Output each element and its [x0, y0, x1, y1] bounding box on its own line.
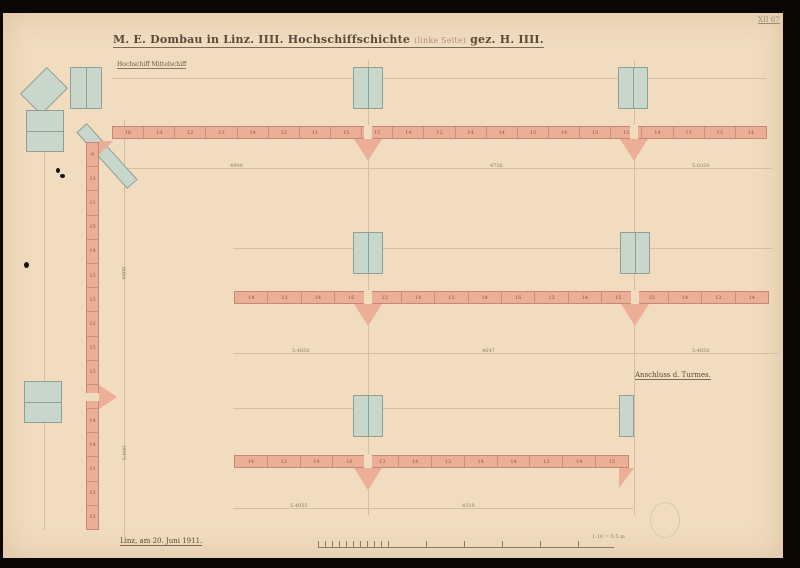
stone-cell: 14: [736, 127, 766, 138]
stone-cell: 13: [87, 482, 98, 506]
stone-cell: 13: [435, 292, 468, 303]
axis-line: [233, 248, 773, 249]
stone-cell: 15: [331, 127, 362, 138]
drawing-subtitle: Hochschiff Mittelschiff: [117, 61, 186, 69]
axis-line: [112, 78, 767, 79]
stone-cell: 14: [669, 292, 702, 303]
stone-cell: 14: [144, 127, 175, 138]
archive-reference: XII 67: [758, 16, 780, 24]
pier-block: [353, 67, 383, 109]
pier-block: [353, 232, 383, 274]
corner-stone: [99, 141, 113, 155]
stone-cell: 14: [87, 240, 98, 264]
title-side: (linke Seite): [414, 36, 466, 45]
stone-cell: 11: [674, 127, 705, 138]
stone-cell: 14: [498, 456, 531, 467]
stone-cell: 14: [569, 292, 602, 303]
stone-cell: 14: [642, 127, 673, 138]
stone-cell: 13: [268, 292, 301, 303]
scale-label: 1:10 = 0.5 m: [592, 534, 625, 540]
stone-cell: 11: [87, 457, 98, 481]
stone-cell: 14: [235, 292, 268, 303]
stone-cell: 15: [87, 216, 98, 240]
buttress-point: [354, 468, 382, 490]
dimension-line-top: [112, 168, 772, 169]
stone-cell: 12: [269, 127, 300, 138]
pier-block: [26, 110, 64, 152]
stone-course-middle: 14 13 14 16 13 14 13 14 16 13 14 15 15 1…: [234, 291, 769, 304]
axis-line: [233, 408, 633, 409]
pier-block: [620, 232, 650, 274]
stone-cell: 14: [393, 127, 424, 138]
buttress-point: [621, 304, 649, 326]
stone-cell: 16: [113, 127, 144, 138]
pier-block: [619, 395, 634, 437]
pier-block: [70, 67, 102, 109]
buttress-end: [619, 468, 634, 488]
stone-cell: 14: [87, 409, 98, 433]
stone-cell: 13: [87, 361, 98, 385]
stone-cell: 14: [238, 127, 269, 138]
band-gap: [364, 290, 372, 304]
dimension-label: 4647: [482, 348, 495, 354]
stone-cell: 13: [87, 288, 98, 312]
dimension-label: 5:4055: [290, 503, 308, 509]
ink-spot: [56, 168, 60, 173]
dimension-label: 6800: [121, 267, 127, 280]
dimension-label: 4756: [490, 163, 503, 169]
stone-cell: 14: [456, 127, 487, 138]
stone-cell: 13: [702, 292, 735, 303]
stone-cell: 14: [402, 292, 435, 303]
drawing-title: M. E. Dombau in Linz. IIII. Hochschiffsc…: [113, 33, 544, 48]
stone-cell: 12: [175, 127, 206, 138]
ink-spot: [24, 262, 29, 268]
stone-cell: 14: [87, 433, 98, 457]
dimension-label: 5:4850: [292, 348, 310, 354]
stone-cell: 14: [399, 456, 432, 467]
stone-cell: 11: [300, 127, 331, 138]
stone-cell: 12: [87, 312, 98, 336]
stone-cell: 11: [87, 191, 98, 215]
stone-cell: 14: [563, 456, 596, 467]
buttress-point: [99, 385, 117, 409]
stone-cell: 13: [432, 456, 465, 467]
stone-cell: 16: [333, 456, 366, 467]
dimension-label: 5:4050: [692, 348, 710, 354]
stone-cell: 14: [301, 456, 334, 467]
axis-line: [44, 120, 45, 530]
band-gap: [364, 454, 372, 468]
stone-cell: 14: [235, 456, 268, 467]
dimension-label: 4519: [462, 503, 475, 509]
stone-cell: 15: [596, 456, 628, 467]
stone-cell: 13: [87, 506, 98, 529]
stone-cell: 13: [87, 264, 98, 288]
pier-block: [353, 395, 383, 437]
stone-cell: 16: [502, 292, 535, 303]
stone-cell: 13: [705, 127, 736, 138]
band-gap: [630, 125, 638, 139]
scale-bar: [318, 541, 614, 548]
band-gap: [631, 290, 639, 304]
stone-cell: 15: [87, 337, 98, 361]
stone-cell: 14: [549, 127, 580, 138]
stone-cell: 14: [465, 456, 498, 467]
title-main: M. E. Dombau in Linz. IIII. Hochschiffsc…: [113, 33, 410, 46]
band-gap: [85, 393, 100, 401]
pier-block: [618, 67, 648, 109]
stone-cell: 14: [302, 292, 335, 303]
stone-cell: 9: [87, 143, 98, 167]
tower-connection-note: Anschluss d. Turmes.: [635, 371, 711, 380]
drawing-sheet: [3, 13, 783, 558]
date-signature: Linz, am 20. Juni 1911.: [120, 537, 202, 546]
stone-course-bottom: 14 13 14 16 13 14 13 14 14 13 14 15: [234, 455, 629, 468]
stone-cell: 14: [487, 127, 518, 138]
stone-cell: 13: [530, 456, 563, 467]
stone-cell: 14: [469, 292, 502, 303]
stone-cell: 13: [206, 127, 237, 138]
stone-cell: 14: [736, 292, 768, 303]
dimension-label: 5:0350: [692, 163, 710, 169]
band-gap: [364, 125, 372, 139]
dimension-label: 4900: [230, 163, 243, 169]
stone-cell: 13: [87, 167, 98, 191]
pier-block: [24, 381, 62, 423]
stone-cell: 13: [535, 292, 568, 303]
stone-cell: 15: [636, 292, 669, 303]
title-tail: gez. H. IIII.: [470, 33, 544, 46]
stone-cell: 15: [580, 127, 611, 138]
ink-spot: [60, 174, 65, 178]
buttress-point: [620, 139, 648, 161]
stone-cell: 13: [369, 292, 402, 303]
archive-stamp: [650, 502, 680, 538]
stone-course-top: 16 14 12 13 14 12 11 15 15 14 12 14 14 1…: [112, 126, 767, 139]
stone-course-left: 9 13 11 15 14 13 13 12 15 13 18 14 14 11…: [86, 142, 99, 530]
stone-cell: 13: [268, 456, 301, 467]
buttress-point: [354, 139, 382, 161]
stone-cell: 12: [424, 127, 455, 138]
buttress-point: [354, 304, 382, 326]
dimension-label: 5:000: [122, 446, 128, 460]
stone-cell: 13: [518, 127, 549, 138]
